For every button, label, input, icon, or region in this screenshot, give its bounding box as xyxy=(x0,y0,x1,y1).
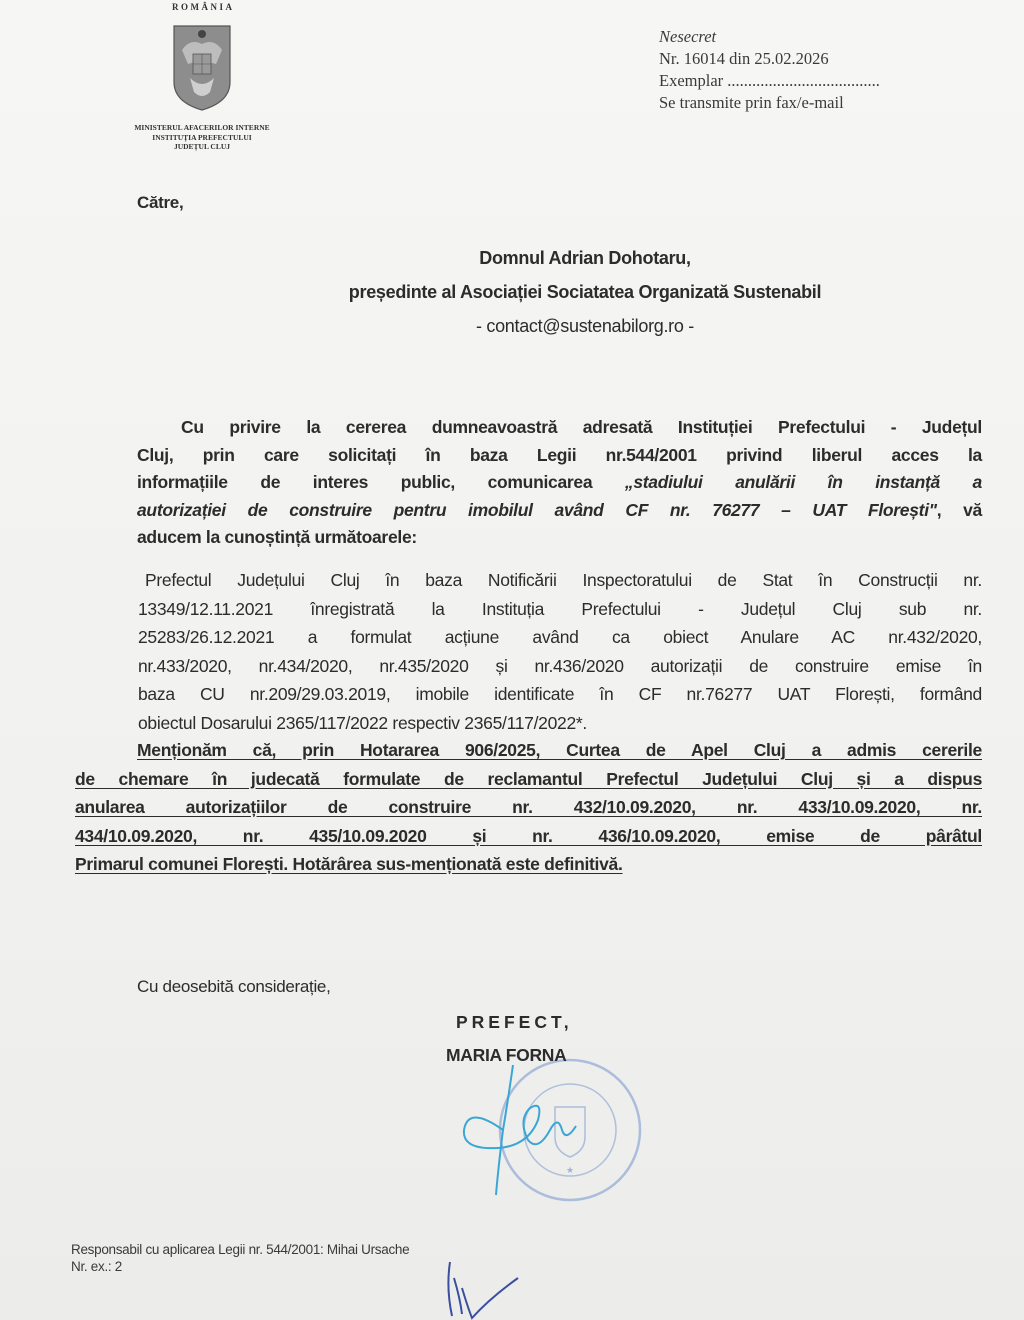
intro-paragraph: Cu privire la cererea dumneavoastră adre… xyxy=(137,414,982,552)
quoted-request: autorizației de construire pentru imobil… xyxy=(137,500,937,520)
country-label: ROMÂNIA xyxy=(172,2,235,12)
ministry-line: MINISTERUL AFACERILOR INTERNE xyxy=(98,123,306,133)
coat-of-arms-icon xyxy=(172,20,232,112)
intro-text: informațiile de interes public, comunica… xyxy=(137,472,625,492)
institution-line: INSTITUȚIA PREFECTULUI xyxy=(98,133,306,143)
closing-formula: Cu deosebită considerație, xyxy=(137,977,331,997)
intro-line: Cluj, prin care solicitați în baza Legii… xyxy=(137,442,982,470)
county-line: JUDEȚUL CLUJ xyxy=(98,142,306,152)
decision-line: 434/10.09.2020, nr. 435/10.09.2020 și nr… xyxy=(75,822,982,851)
footer: Responsabil cu aplicarea Legii nr. 544/2… xyxy=(71,1241,409,1275)
ministry-heading: MINISTERUL AFACERILOR INTERNE INSTITUȚIA… xyxy=(98,123,306,152)
intro-line: Cu privire la cererea dumneavoastră adre… xyxy=(137,414,982,442)
copies-count: Nr. ex.: 2 xyxy=(71,1258,409,1275)
signature-icon xyxy=(458,1060,608,1200)
registration-number: Nr. 16014 din 25.02.2026 xyxy=(659,48,880,70)
intro-line: informațiile de interes public, comunica… xyxy=(137,469,982,497)
exemplar-line: Exemplar ...............................… xyxy=(659,70,880,92)
decision-line: Menționăm că, prin Hotararea 906/2025, C… xyxy=(75,736,982,765)
details-line: baza CU nr.209/29.03.2019, imobile ident… xyxy=(138,680,982,709)
recipient-name: Domnul Adrian Dohotaru, xyxy=(200,248,970,269)
signatory-role: PREFECT, xyxy=(456,1012,573,1033)
recipient-email: - contact@sustenabilorg.ro - xyxy=(200,316,970,337)
intro-line: aducem la cunoștință următoarele: xyxy=(137,524,982,552)
decision-line: de chemare în judecată formulate de recl… xyxy=(75,765,982,794)
details-line: Prefectul Județului Cluj în baza Notific… xyxy=(138,566,982,595)
intro-line: autorizației de construire pentru imobil… xyxy=(137,497,982,525)
details-paragraph: Prefectul Județului Cluj în baza Notific… xyxy=(138,566,982,737)
intro-text: , vă xyxy=(937,500,982,520)
classification-label: Nesecret xyxy=(659,26,880,48)
salutation: Către, xyxy=(137,193,183,213)
details-line: nr.433/2020, nr.434/2020, nr.435/2020 și… xyxy=(138,652,982,681)
initials-signature-icon xyxy=(440,1258,530,1320)
responsible-person: Responsabil cu aplicarea Legii nr. 544/2… xyxy=(71,1241,409,1258)
details-line: 25283/26.12.2021 a formulat acțiune avân… xyxy=(138,623,982,652)
quoted-request: „stadiului anulării în instanță a xyxy=(625,472,982,492)
details-line: 13349/12.11.2021 înregistrată la Institu… xyxy=(138,595,982,624)
recipient-title: președinte al Asociației Sociatatea Orga… xyxy=(200,282,970,303)
details-line: obiectul Dosarului 2365/117/2022 respect… xyxy=(138,709,982,738)
decision-paragraph: Menționăm că, prin Hotararea 906/2025, C… xyxy=(75,736,982,879)
decision-line: Primarul comunei Florești. Hotărârea sus… xyxy=(75,850,982,879)
transmission-line: Se transmite prin fax/e-mail xyxy=(659,92,880,114)
decision-line: anularea autorizațiilor de construire nr… xyxy=(75,793,982,822)
document-page: ROMÂNIA MINISTERUL AFACERILOR INTERNE IN… xyxy=(0,0,1024,1320)
registration-meta: Nesecret Nr. 16014 din 25.02.2026 Exempl… xyxy=(659,26,880,114)
